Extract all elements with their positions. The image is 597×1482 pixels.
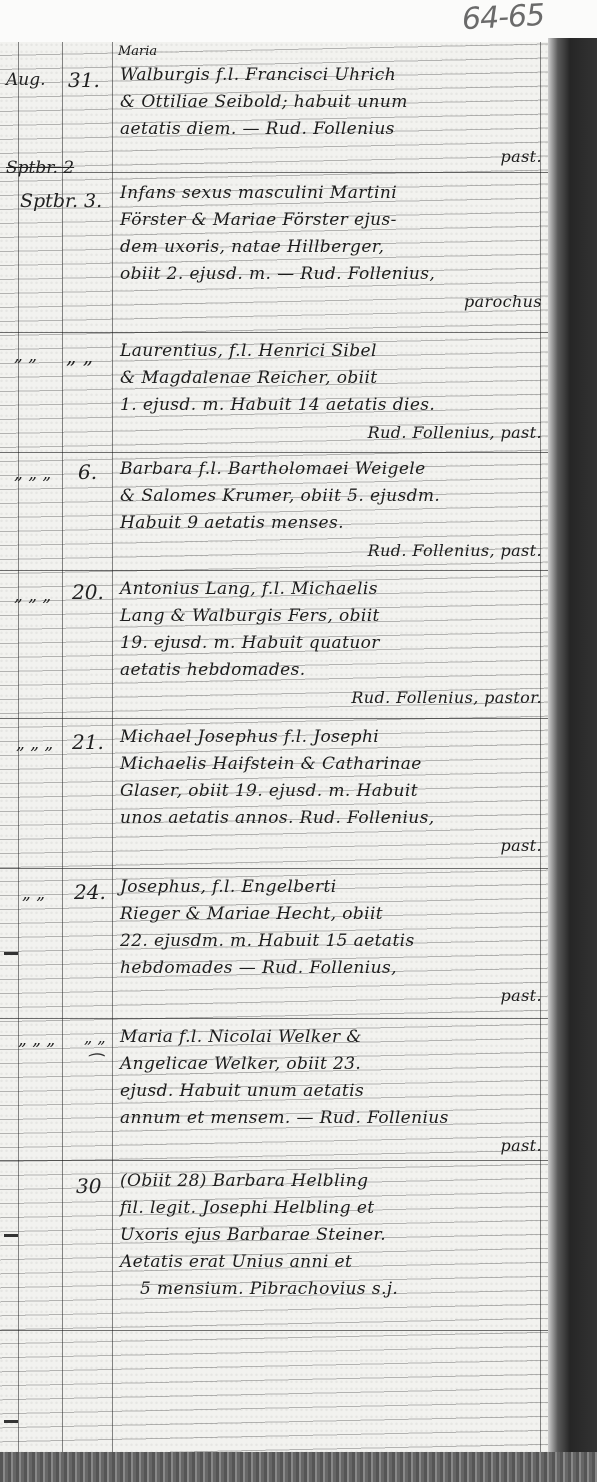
priest-signature: Rud. Follenius, pastor. [120,684,550,711]
margin-tick [4,1234,18,1237]
entry-day: „ „ [66,344,121,368]
entry-line: Barbara f.l. Bartholomaei Weigele [120,456,550,483]
priest-signature: Rud. Follenius, past. [120,537,550,564]
entry-text: Michael Josephus f.l. Josephi Michaelis … [120,724,550,859]
entry-separator [0,1160,548,1161]
scan-edge-band [0,1452,597,1482]
entry-line: (Obiit 28) Barbara Helbling [120,1168,550,1195]
entry-text: Barbara f.l. Bartholomaei Weigele & Salo… [120,456,550,564]
entry-separator [0,570,548,571]
entry-line: Lang & Walburgis Fers, obiit [120,603,550,630]
margin-tick [4,952,18,955]
entry-line: 5 mensium. Pibrachovius s.j. [120,1276,550,1303]
entry-line: Habuit 9 aetatis menses. [120,510,550,537]
entry-text: Antonius Lang, f.l. Michaelis Lang & Wal… [120,576,550,711]
entry-day: Sptbr. 3. [20,190,130,212]
entry-line: 1. ejusd. m. Habuit 14 aetatis dies. [120,392,550,419]
entry-line: Maria f.l. Nicolai Welker & [120,1024,550,1051]
entry-line: Antonius Lang, f.l. Michaelis [120,576,550,603]
entry-line: 19. ejusd. m. Habuit quatuor [120,630,550,657]
entry-line: Laurentius, f.l. Henrici Sibel [120,338,550,365]
entry-line: 22. ejusdm. m. Habuit 15 aetatis [120,928,550,955]
entry-separator [0,718,548,719]
margin-mark: ⁀ [86,1054,100,1075]
entry-line: & Magdalenae Reicher, obiit [120,365,550,392]
entry-text: (Obiit 28) Barbara Helbling fil. legit. … [120,1168,550,1303]
entry-line: Michaelis Haifstein & Catharinae [120,751,550,778]
priest-signature-suffix: past. [120,143,550,170]
priest-signature: Rud. Follenius, past. [120,419,550,446]
entry-line: ejusd. Habuit unum aetatis [120,1078,550,1105]
entry-line: & Salomes Krumer, obiit 5. ejusdm. [120,483,550,510]
entry-line: Rieger & Mariae Hecht, obiit [120,901,550,928]
entry-separator [0,452,548,453]
entry-line: Aetatis erat Unius anni et [120,1249,550,1276]
priest-signature-suffix: past. [120,832,550,859]
entry-day: 21. [72,730,127,754]
entry-line: Walburgis f.l. Francisci Uhrich [120,62,550,89]
priest-signature-suffix: past. [120,1132,550,1159]
entry-separator [0,332,548,333]
entry-text: Josephus, f.l. Engelberti Rieger & Maria… [120,874,550,1009]
priest-signature-suffix: past. [120,982,550,1009]
entry-line: Infans sexus masculini Martini [120,180,550,207]
entry-line: Förster & Mariae Förster ejus- [120,207,550,234]
entry-line: Uxoris ejus Barbarae Steiner. [120,1222,550,1249]
entry-line: Josephus, f.l. Engelberti [120,874,550,901]
entry-line: aetatis diem. — Rud. Follenius [120,116,550,143]
entry-line: Glaser, obiit 19. ejusd. m. Habuit [120,778,550,805]
book-spine-shadow [548,38,597,1482]
entry-separator [0,1330,548,1331]
page-number: 64-65 [461,0,545,37]
entry-text: Infans sexus masculini Martini Förster &… [120,180,550,315]
entry-line: obiit 2. ejusd. m. — Rud. Follenius, [120,261,550,288]
entry-separator [0,868,548,869]
entry-line: Michael Josephus f.l. Josephi [120,724,550,751]
entry-line: Angelicae Welker, obiit 23. [120,1051,550,1078]
entry-day: 20. [72,580,127,604]
entry-line: annum et mensem. — Rud. Follenius [120,1105,550,1132]
entry-line: unos aetatis annos. Rud. Follenius, [120,805,550,832]
entry-separator [0,1018,548,1019]
entry-day: 31. [68,68,123,92]
entry-line: & Ottiliae Seibold; habuit unum [120,89,550,116]
priest-signature-suffix: parochus [120,288,550,315]
entry-line: aetatis hebdomades. [120,657,550,684]
entry-month-struck: Sptbr. 2 [6,158,116,178]
entry-text: Laurentius, f.l. Henrici Sibel & Magdale… [120,338,550,446]
insertion-note: Maria [118,44,157,59]
entry-text: Maria f.l. Nicolai Welker & Angelicae We… [120,1024,550,1159]
entry-text: Walburgis f.l. Francisci Uhrich & Ottili… [120,62,550,170]
entry-line: hebdomades — Rud. Follenius, [120,955,550,982]
entry-line: dem uxoris, natae Hillberger, [120,234,550,261]
margin-tick [4,1420,18,1423]
entry-line: fil. legit. Josephi Helbling et [120,1195,550,1222]
